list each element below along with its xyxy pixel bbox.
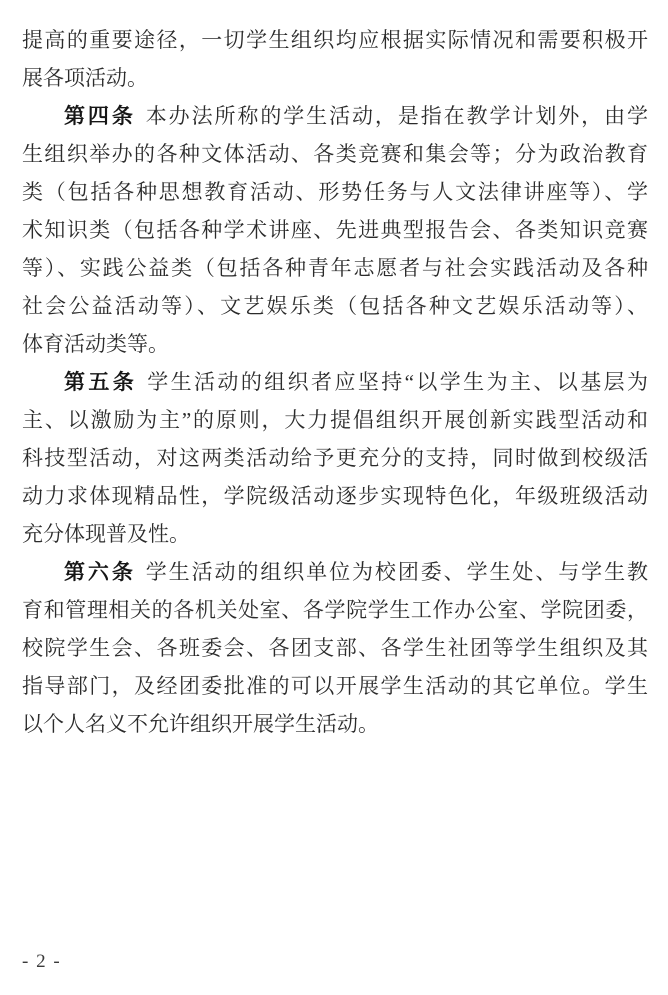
article-number: 第六条 — [64, 560, 136, 584]
page-footer: - 2 - — [22, 951, 61, 973]
article-heading-line: 第四条本办法所称的学生活动，是指在教学计划外，由学 — [22, 97, 648, 135]
text-line: 生组织举办的各种文体活动、各类竞赛和集会等；分为政治教育 — [22, 135, 648, 173]
text-line: 指导部门，及经团委批准的可以开展学生活动的其它单位。学生 — [22, 667, 648, 705]
article-heading-line: 第六条学生活动的组织单位为校团委、学生处、与学生教 — [22, 553, 648, 591]
line-text: 以个人名义不允许组织开展学生活动。 — [22, 712, 379, 736]
line-text: 主、以激励为主”的原则，大力提倡组织开展创新实践型活动和 — [22, 408, 648, 432]
text-line: 类（包括各种思想教育活动、形势任务与人文法律讲座等）、学 — [22, 173, 648, 211]
line-text: 学生活动的组织者应坚持“以学生为主、以基层为 — [147, 370, 648, 394]
article-number: 第五条 — [64, 370, 137, 394]
text-line: 展各项活动。 — [22, 59, 648, 97]
line-text: 体育活动类等。 — [22, 332, 169, 356]
text-line: 术知识类（包括各种学术讲座、先进典型报告会、各类知识竞赛 — [22, 211, 648, 249]
document-body: 提高的重要途径，一切学生组织均应根据实际情况和需要积极开展各项活动。第四条本办法… — [22, 21, 648, 743]
line-text: 校院学生会、各班委会、各团支部、各学生社团等学生组织及其 — [22, 636, 648, 660]
line-text: 等）、实践公益类（包括各种青年志愿者与社会实践活动及各种 — [22, 256, 648, 280]
line-text: 动力求体现精品性，学院级活动逐步实现特色化，年级班级活动 — [22, 484, 648, 508]
text-line: 充分体现普及性。 — [22, 515, 648, 553]
line-text: 社会公益活动等）、文艺娱乐类（包括各种文艺娱乐活动等）、 — [22, 294, 648, 318]
line-text: 指导部门，及经团委批准的可以开展学生活动的其它单位。学生 — [22, 674, 648, 698]
line-text: 科技型活动，对这两类活动给予更充分的支持，同时做到校级活 — [22, 446, 648, 470]
line-text: 术知识类（包括各种学术讲座、先进典型报告会、各类知识竞赛 — [22, 218, 648, 242]
line-text: 展各项活动。 — [22, 66, 148, 90]
article-heading-line: 第五条学生活动的组织者应坚持“以学生为主、以基层为 — [22, 363, 648, 401]
line-text: 提高的重要途径，一切学生组织均应根据实际情况和需要积极开 — [22, 28, 648, 52]
document-page: 提高的重要途径，一切学生组织均应根据实际情况和需要积极开展各项活动。第四条本办法… — [0, 0, 668, 995]
text-line: 育和管理相关的各机关处室、各学院学生工作办公室、学院团委， — [22, 591, 648, 629]
line-text: 本办法所称的学生活动，是指在教学计划外，由学 — [146, 104, 648, 128]
text-line: 校院学生会、各班委会、各团支部、各学生社团等学生组织及其 — [22, 629, 648, 667]
text-line: 以个人名义不允许组织开展学生活动。 — [22, 705, 648, 743]
text-line: 体育活动类等。 — [22, 325, 648, 363]
text-line: 提高的重要途径，一切学生组织均应根据实际情况和需要积极开 — [22, 21, 648, 59]
line-text: 育和管理相关的各机关处室、各学院学生工作办公室、学院团委， — [22, 598, 648, 622]
line-text: 充分体现普及性。 — [22, 522, 190, 546]
text-line: 等）、实践公益类（包括各种青年志愿者与社会实践活动及各种 — [22, 249, 648, 287]
text-line: 社会公益活动等）、文艺娱乐类（包括各种文艺娱乐活动等）、 — [22, 287, 648, 325]
line-text: 类（包括各种思想教育活动、形势任务与人文法律讲座等）、学 — [22, 180, 648, 204]
text-line: 动力求体现精品性，学院级活动逐步实现特色化，年级班级活动 — [22, 477, 648, 515]
line-text: 学生活动的组织单位为校团委、学生处、与学生教 — [146, 560, 648, 584]
text-line: 科技型活动，对这两类活动给予更充分的支持，同时做到校级活 — [22, 439, 648, 477]
text-line: 主、以激励为主”的原则，大力提倡组织开展创新实践型活动和 — [22, 401, 648, 439]
line-text: 生组织举办的各种文体活动、各类竞赛和集会等；分为政治教育 — [22, 142, 648, 166]
page-number: - 2 - — [22, 951, 61, 972]
article-number: 第四条 — [64, 104, 136, 128]
